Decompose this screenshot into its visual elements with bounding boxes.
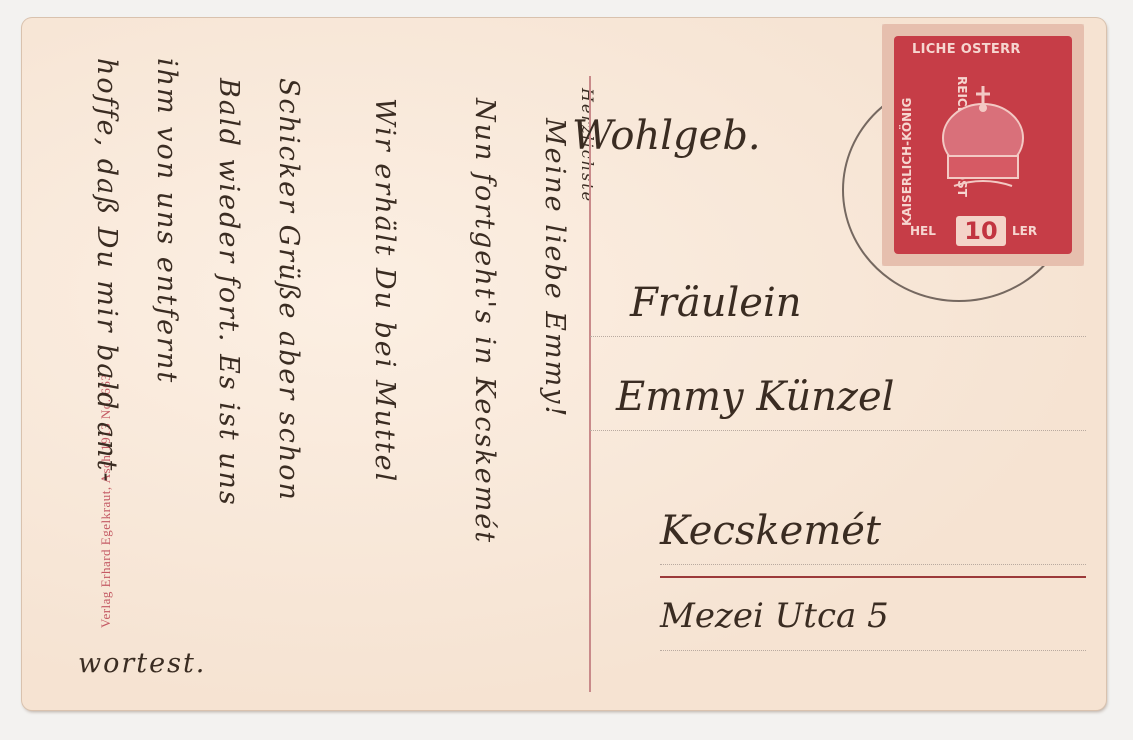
address-line-1 [590, 336, 1086, 337]
message-line: wortest. [78, 648, 206, 679]
crown-icon [934, 76, 1032, 196]
stamp-unit-right: LER [1012, 224, 1037, 238]
message-line: Schicker Grüße aber schon [273, 78, 304, 502]
address-line-4 [660, 650, 1086, 651]
message-line: ihm von uns entfernt [151, 58, 182, 384]
address-underline [660, 576, 1086, 578]
message-line: Wir erhält Du bei Muttel [369, 98, 400, 483]
address-name: Emmy Künzel [616, 374, 894, 420]
message-line: Bald wieder fort. Es ist uns [213, 78, 244, 507]
stamp-value-box: 10 [956, 216, 1006, 246]
address-city: Kecskemét [660, 508, 881, 554]
message-line: Nun fortgeht's in Kecskemét [469, 98, 500, 544]
message-line: Meine liebe Emmy! [539, 118, 570, 418]
message-line: hoffe, daß Du mir bald ant- [91, 58, 122, 483]
address-salutation: Wohlgeb. [572, 113, 761, 159]
postcard-back: Verlag Erhard Egelkraut, Asch 1913 No. 6… [22, 18, 1106, 710]
stamp-text-top: LICHE OSTERR [912, 42, 1021, 57]
address-street: Mezei Utca 5 [660, 596, 889, 636]
address-line-3 [660, 564, 1086, 565]
center-divider [589, 76, 591, 692]
address-line-2 [590, 430, 1086, 431]
stamp-unit-left: HEL [910, 224, 936, 238]
stamp-text-left: KAISERLICH-KÖNIG [900, 98, 914, 226]
stamp-value: 10 [964, 217, 997, 245]
stamp-frame: LICHE OSTERR KAISERLICH-KÖNIG REICHISCHE… [894, 36, 1072, 254]
postage-stamp: LICHE OSTERR KAISERLICH-KÖNIG REICHISCHE… [882, 24, 1084, 266]
address-title: Fräulein [630, 280, 802, 326]
